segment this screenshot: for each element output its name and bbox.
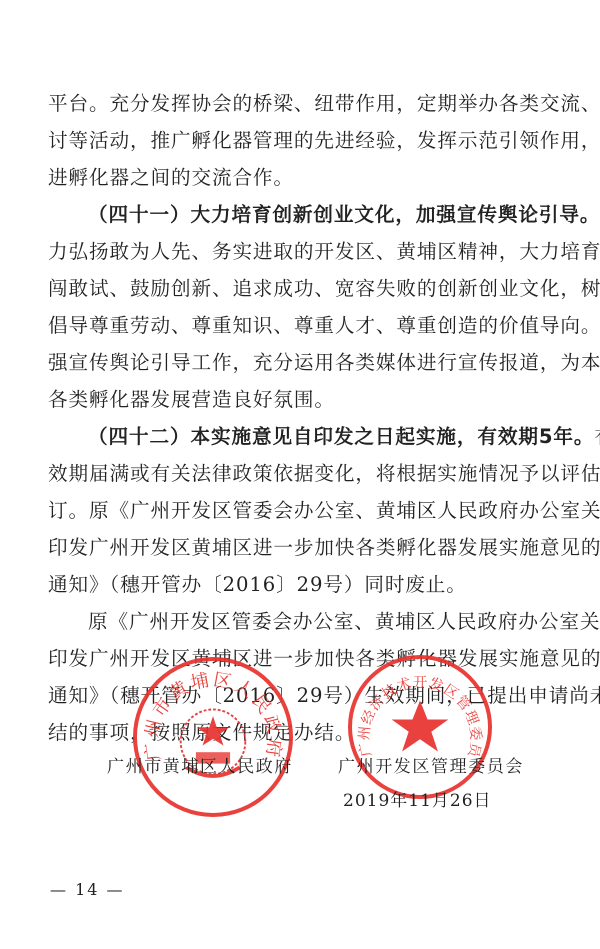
section-41-heading-line: （四十一）大力培育创新创业文化，加强宣传舆论引导。大 [88,203,550,227]
paragraph-line: 力弘扬敢为人先、务实进取的开发区、黄埔区精神，大力培育敢 [48,240,550,264]
official-seal-right: 广州经济技术开发区管理委员会 [348,655,492,799]
national-emblem-icon: 广州市黄埔区人民政府 [137,661,289,813]
paragraph-line: 强宣传舆论引导工作，充分运用各类媒体进行宣传报道，为本区 [48,351,550,375]
section-41-heading: （四十一）大力培育创新创业文化，加强宣传舆论引导。 [88,203,600,226]
page-number: — 14 — [50,880,125,899]
official-seal-left: 广州市黄埔区人民政府 [133,657,293,817]
paragraph-line: 效期届满或有关法律政策依据变化，将根据实施情况予以评估修 [48,462,550,486]
paragraph-line: 平台。充分发挥协会的桥梁、纽带作用，定期举办各类交流、研 [48,92,550,116]
signature-right: 广州开发区管理委员会 [338,752,524,777]
paragraph-line: 各类孵化器发展营造良好氛围。 [48,388,550,412]
paragraph-line: 通知》（穗开管办〔2016〕29号）同时废止。 [48,573,550,597]
paragraph-line: 进孵化器之间的交流合作。 [48,166,550,190]
paragraph-line: 原《广州开发区管委会办公室、黄埔区人民政府办公室关于 [88,610,550,634]
paragraph-line: 倡导尊重劳动、尊重知识、尊重人才、尊重创造的价值导向。加 [48,314,550,338]
svg-text:广州市黄埔区人民政府: 广州市黄埔区人民政府 [141,669,285,762]
paragraph-line: 印发广州开发区黄埔区进一步加快各类孵化器发展实施意见的 [48,536,550,560]
paragraph-line: 讨等活动，推广孵化器管理的先进经验，发挥示范引领作用，促 [48,129,550,153]
signature-left: 广州市黄埔区人民政府 [107,752,293,777]
paragraph-line: 订。原《广州开发区管委会办公室、黄埔区人民政府办公室关于 [48,499,550,523]
signature-date: 2019年11月26日 [343,786,492,811]
section-42-heading-line: （四十二）本实施意见自印发之日起实施，有效期5年。有 [88,425,550,449]
paragraph-line: 闯敢试、鼓励创新、追求成功、宽容失败的创新创业文化，树立 [48,277,550,301]
section-42-heading: （四十二）本实施意见自印发之日起实施，有效期5年。 [88,425,594,448]
